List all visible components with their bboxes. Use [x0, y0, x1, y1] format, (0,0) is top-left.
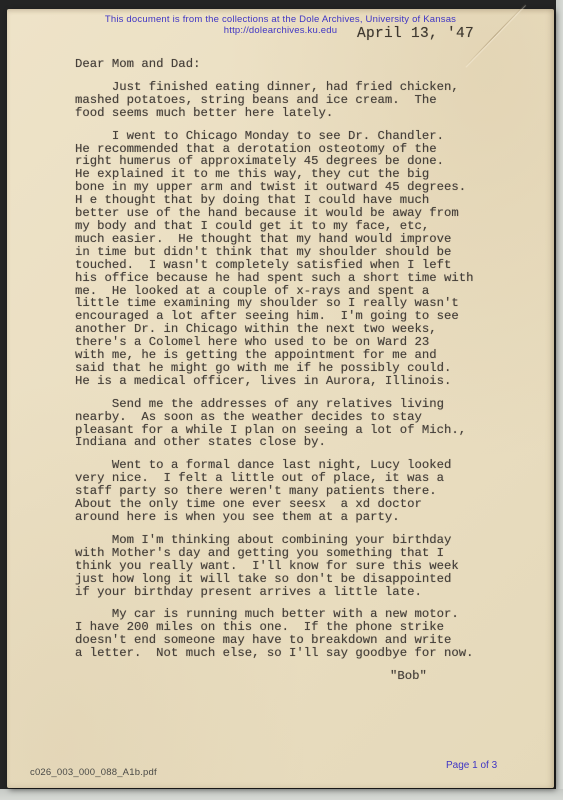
letter-paragraph: I went to Chicago Monday to see Dr. Chan… [75, 130, 515, 388]
letter-paragraph: Send me the addresses of any relatives l… [75, 398, 515, 450]
letter-signature: "Bob" [390, 670, 515, 683]
scanner-bed-edge-bottom [0, 789, 563, 800]
letter-paragraph: My car is running much better with a new… [75, 608, 515, 660]
letter-paragraph: Went to a formal dance last night, Lucy … [75, 459, 515, 524]
letter-date: April 13, '47 [357, 26, 474, 42]
letter-paragraph: Just finished eating dinner, had fried c… [75, 81, 515, 120]
scan-filename: c026_003_000_088_A1b.pdf [30, 767, 157, 778]
scanned-document-viewport: This document is from the collections at… [0, 0, 563, 800]
letter-page: This document is from the collections at… [7, 9, 554, 788]
scanner-bed-edge-right [556, 0, 563, 800]
letter-paragraph: Mom I'm thinking about combining your bi… [75, 534, 515, 599]
page-number-label: Page 1 of 3 [446, 760, 497, 771]
letter-body: Dear Mom and Dad: Just finished eating d… [75, 58, 515, 683]
letter-salutation: Dear Mom and Dad: [75, 58, 515, 71]
archive-stamp-line1: This document is from the collections at… [7, 14, 554, 25]
